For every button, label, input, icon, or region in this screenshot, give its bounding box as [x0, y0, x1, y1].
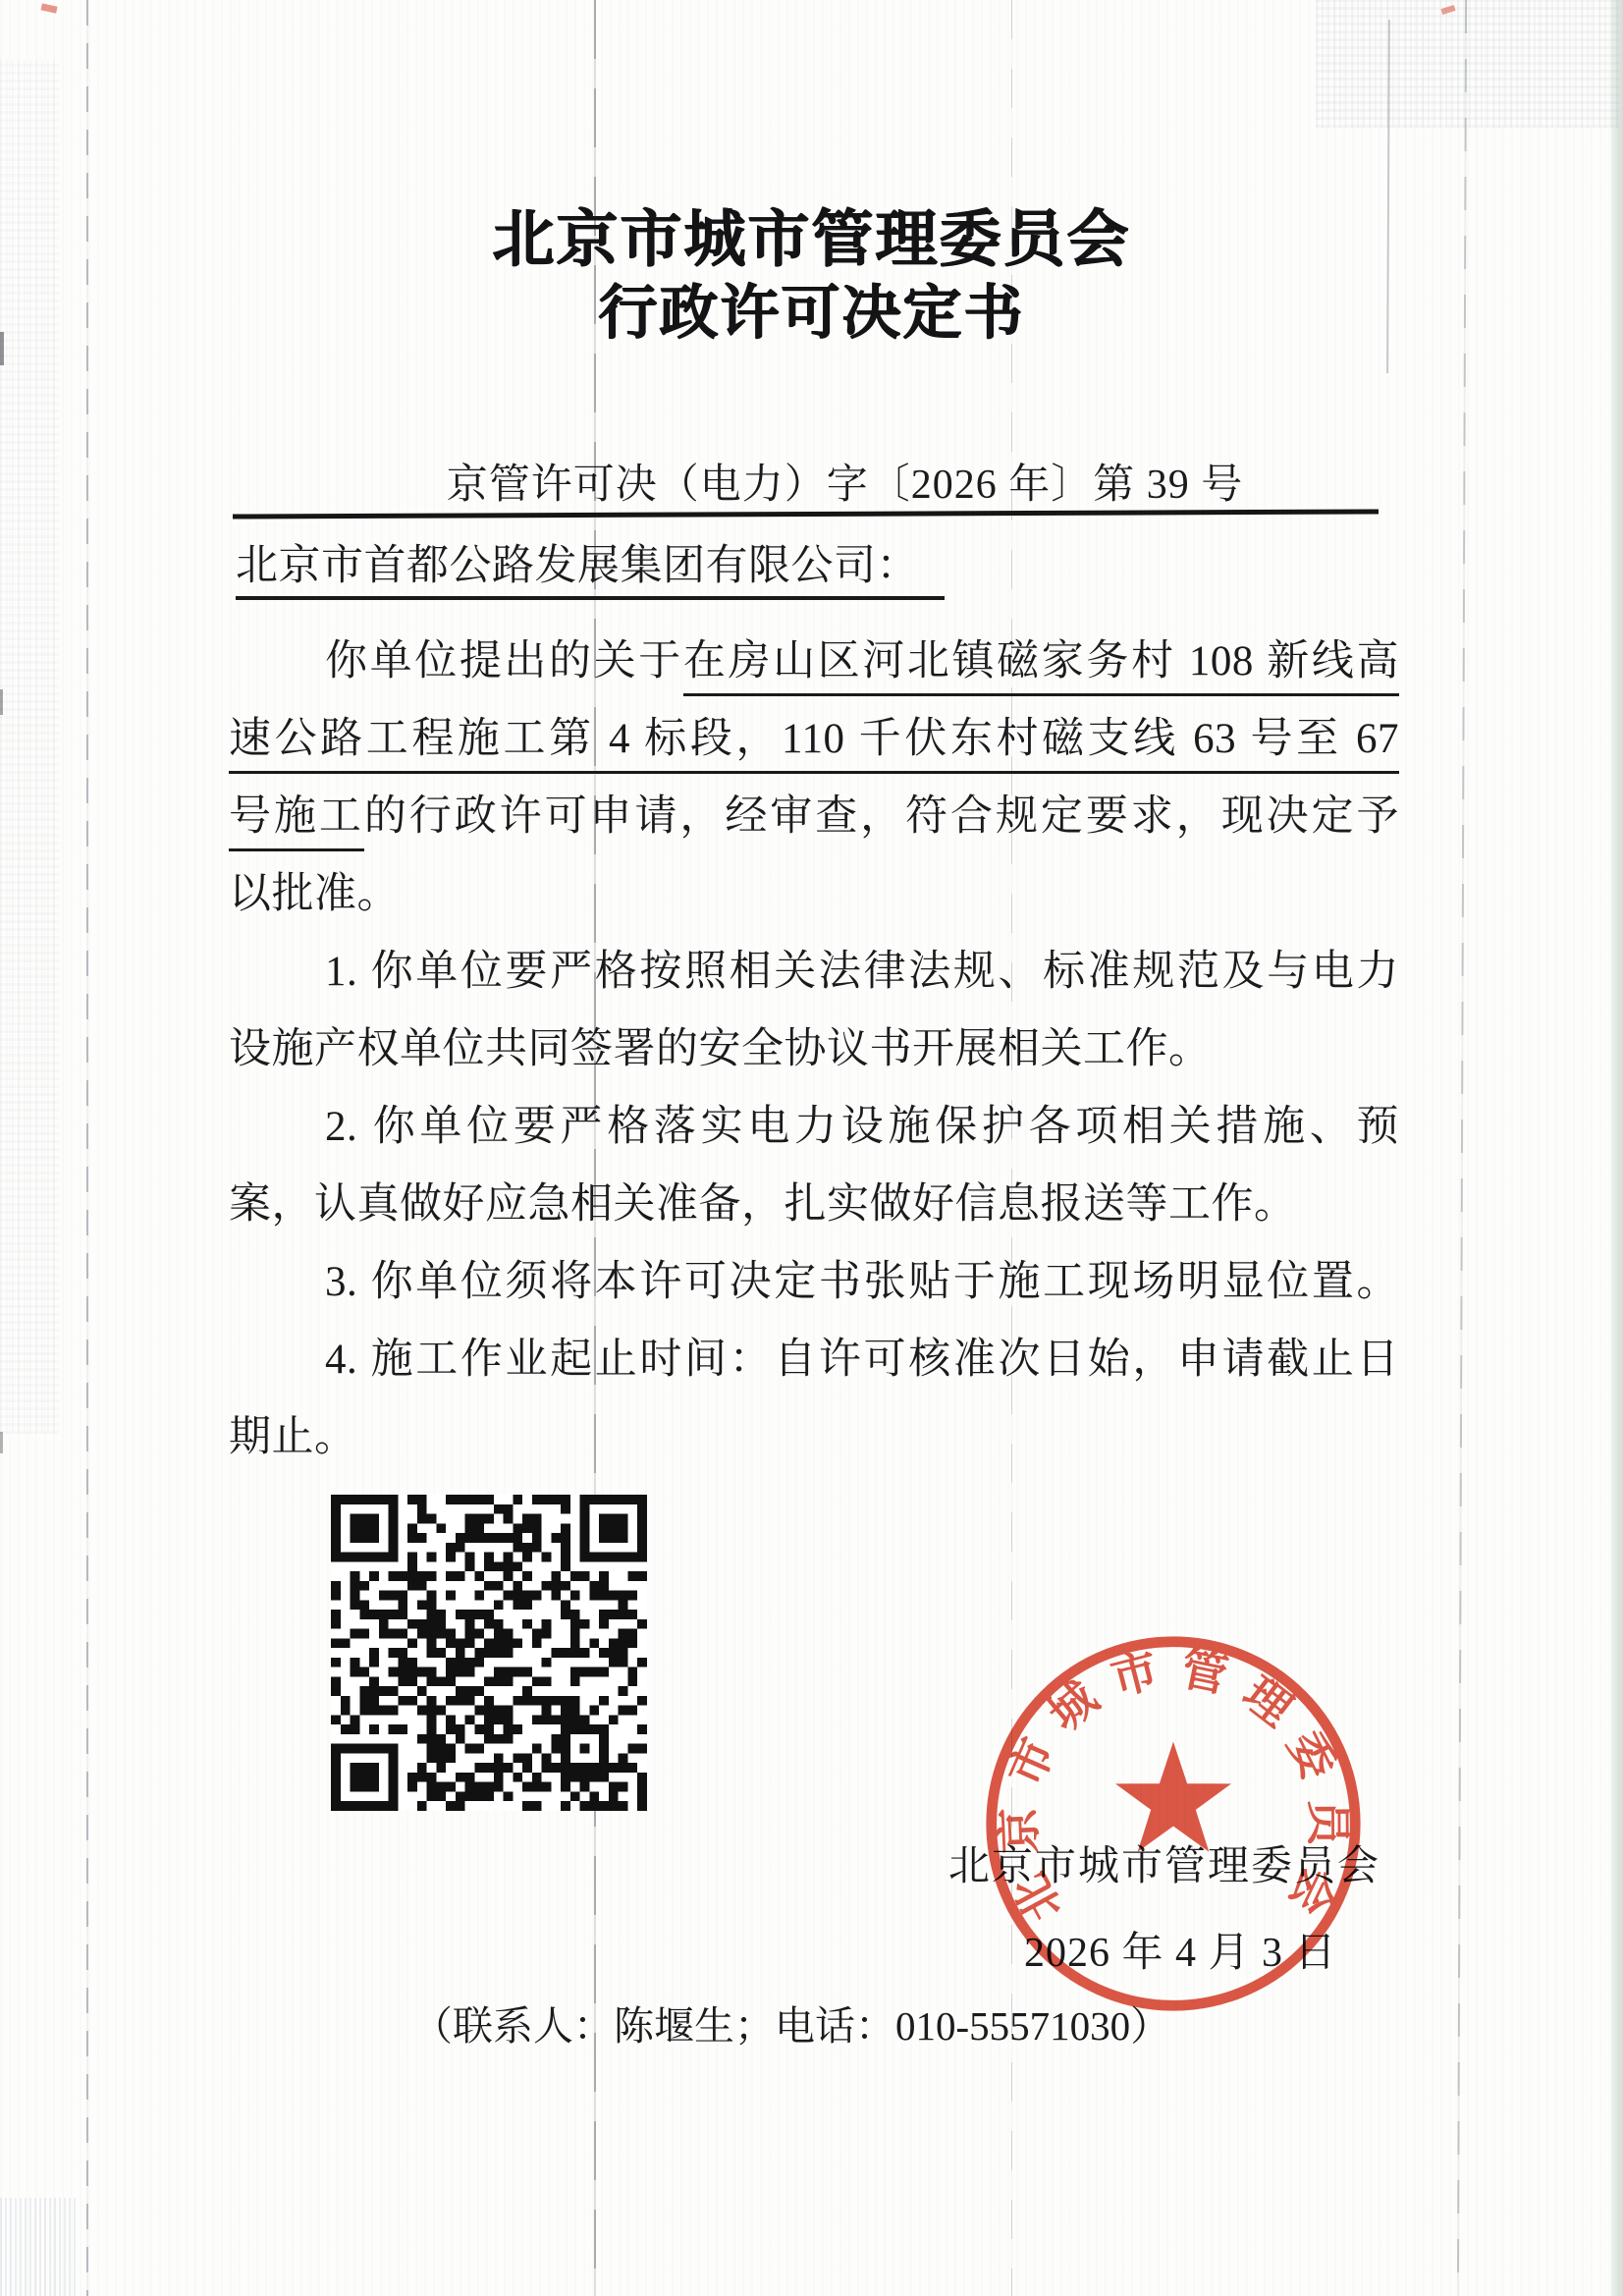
document-title-line1: 北京市城市管理委员会: [0, 206, 1623, 273]
item-text: 2. 你单位要严格落实电力设施保护各项相关措施、预: [325, 1104, 1399, 1150]
qr-code: [331, 1495, 647, 1811]
red-mark-top-left: [40, 3, 57, 13]
filled-blank-text: 速公路工程施工第 4 标段，110 千伏东村磁支线 63 号至 67: [229, 716, 1399, 774]
scan-noise-top-right: [1316, 0, 1620, 128]
paragraph-text: 的行政许可申请，经审查，符合规定要求，现决定予: [364, 793, 1399, 840]
item-2-line-1: 2. 你单位要严格落实电力设施保护各项相关措施、预: [229, 1088, 1399, 1166]
item-1-line-2: 设施产权单位共同签署的安全协议书开展相关工作。: [229, 1011, 1399, 1088]
contact-line: （联系人：陈堰生；电话：010-55571030）: [412, 2002, 1170, 2050]
item-text: 期止。: [229, 1414, 357, 1460]
item-2-line-2: 案，认真做好应急相关准备，扎实做好信息报送等工作。: [229, 1166, 1399, 1243]
item-text: 3. 你单位须将本许可决定书张贴于施工现场明显位置。: [325, 1259, 1399, 1305]
paragraph-line: 号施工的行政许可申请，经审查，符合规定要求，现决定予: [229, 778, 1399, 855]
item-3-line-1: 3. 你单位须将本许可决定书张贴于施工现场明显位置。: [229, 1243, 1399, 1321]
item-4-line-1: 4. 施工作业起止时间：自许可核准次日始，申请截止日: [229, 1321, 1399, 1398]
item-text: 4. 施工作业起止时间：自许可核准次日始，申请截止日: [325, 1337, 1399, 1383]
seal-star-icon: [1116, 1743, 1229, 1850]
item-text: 设施产权单位共同签署的安全协议书开展相关工作。: [229, 1026, 1212, 1072]
edge-dash: [0, 689, 3, 715]
scan-noise-bottom-left: [0, 2198, 79, 2296]
addressee-line: 北京市首都公路发展集团有限公司：: [236, 541, 945, 592]
paragraph-text: 你单位提出的关于: [325, 638, 683, 684]
document-title-line2: 行政许可决定书: [0, 281, 1623, 346]
issuing-authority: 北京市城市管理委员会: [948, 1843, 1380, 1890]
filled-blank-text: 在房山区河北镇磁家务村 108 新线高: [683, 638, 1399, 696]
document-number: 京管许可决（电力）字〔2026 年〕第 39 号: [272, 460, 1418, 511]
paragraph-line: 速公路工程施工第 4 标段，110 千伏东村磁支线 63 号至 67: [229, 700, 1399, 778]
paragraph-line: 以批准。: [229, 855, 1399, 933]
item-text: 1. 你单位要严格按照相关法律法规、标准规范及与电力: [325, 949, 1399, 995]
item-4-line-2: 期止。: [229, 1398, 1399, 1476]
scanned-permit-document-page: 北京市城市管理委员会 行政许可决定书 京管许可决（电力）字〔2026 年〕第 3…: [0, 0, 1623, 2296]
document-body: 你单位提出的关于在房山区河北镇磁家务村 108 新线高 速公路工程施工第 4 标…: [229, 623, 1399, 1476]
red-mark-top-right: [1440, 5, 1455, 15]
item-1-line-1: 1. 你单位要严格按照相关法律法规、标准规范及与电力: [229, 933, 1399, 1011]
item-text: 案，认真做好应急相关准备，扎实做好信息报送等工作。: [229, 1181, 1297, 1228]
edge-dash: [0, 1432, 3, 1453]
paragraph-line: 你单位提出的关于在房山区河北镇磁家务村 108 新线高: [229, 623, 1399, 700]
filled-blank-text: 号施工: [229, 793, 364, 851]
paragraph-text: 以批准。: [229, 871, 400, 917]
addressee-text: 北京市首都公路发展集团有限公司：: [236, 543, 945, 600]
issue-date: 2026 年 4 月 3 日: [1024, 1930, 1337, 1977]
